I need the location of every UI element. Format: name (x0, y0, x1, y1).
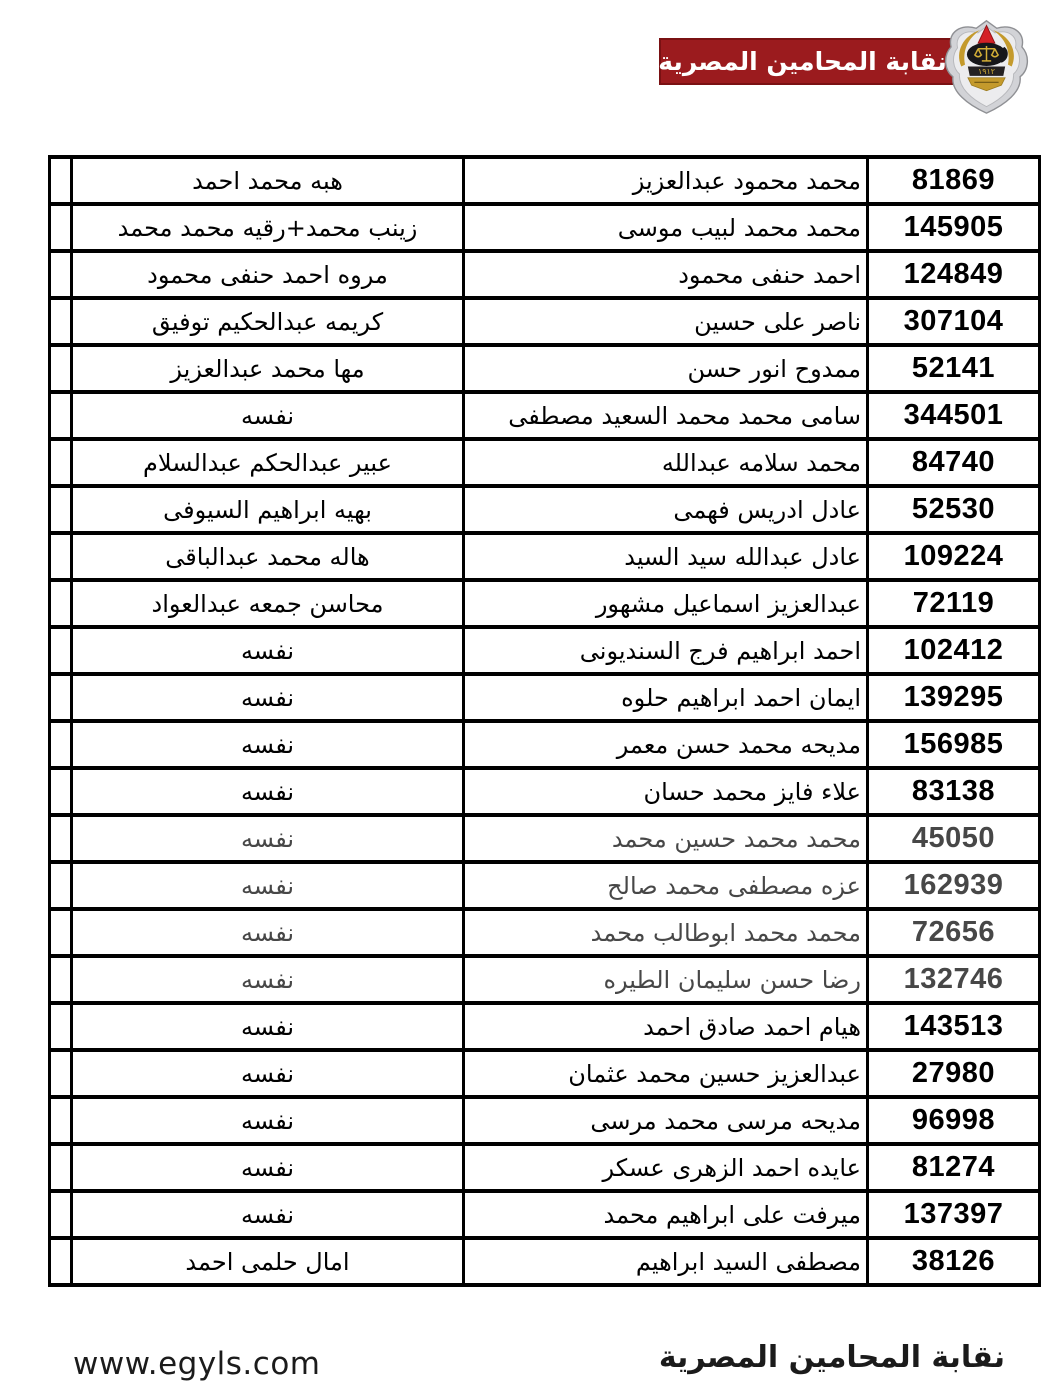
registration-number-cell: 132746 (868, 956, 1040, 1003)
registration-number-cell: 72656 (868, 909, 1040, 956)
lawyer-name-cell: عزه مصطفى محمد صالح (464, 862, 868, 909)
registration-number-cell: 109224 (868, 533, 1040, 580)
lawyers-table: هبه محمد احمد محمد محمود عبدالعزيز 81869… (48, 155, 1041, 1287)
lawyer-name-cell: عادل عبدالله سيد السيد (464, 533, 868, 580)
table-row: نفسه مديحه محمد حسن معمر 156985 (50, 721, 1040, 768)
delegate-name-cell: نفسه (72, 862, 464, 909)
lawyer-name-cell: محمد محمد لبيب موسى (464, 204, 868, 251)
delegate-name-cell: نفسه (72, 909, 464, 956)
delegate-name-cell: زينب محمد+رقيه محمد محمد (72, 204, 464, 251)
table-row: هاله محمد عبدالباقى عادل عبدالله سيد الس… (50, 533, 1040, 580)
lawyer-name-cell: ايمان احمد ابراهيم حلوه (464, 674, 868, 721)
delegate-name-cell: نفسه (72, 1191, 464, 1238)
lawyer-name-cell: علاء فايز محمد حسان (464, 768, 868, 815)
delegate-name-cell: نفسه (72, 1003, 464, 1050)
table-row: نفسه هيام احمد صادق احمد 143513 (50, 1003, 1040, 1050)
lawyer-name-cell: محمد محمود عبدالعزيز (464, 157, 868, 204)
delegate-name-cell: نفسه (72, 1050, 464, 1097)
registration-number-cell: 84740 (868, 439, 1040, 486)
table-row: مروه احمد حنفى محمود احمد حنفى محمود 124… (50, 251, 1040, 298)
table-row: امال حلمى احمد مصطفى السيد ابراهيم 38126 (50, 1238, 1040, 1285)
table-row: نفسه احمد ابراهيم فرج السنديونى 102412 (50, 627, 1040, 674)
lawyer-name-cell: هيام احمد صادق احمد (464, 1003, 868, 1050)
table-row: زينب محمد+رقيه محمد محمد محمد محمد لبيب … (50, 204, 1040, 251)
delegate-name-cell: بهيه ابراهيم السيوفى (72, 486, 464, 533)
spacer-cell (50, 1238, 72, 1285)
table-row: هبه محمد احمد محمد محمود عبدالعزيز 81869 (50, 157, 1040, 204)
lawyer-name-cell: محمد سلامه عبدالله (464, 439, 868, 486)
table-row: عبير عبدالحكم عبدالسلام محمد سلامه عبدال… (50, 439, 1040, 486)
delegate-name-cell: مروه احمد حنفى محمود (72, 251, 464, 298)
registration-number-cell: 81869 (868, 157, 1040, 204)
registration-number-cell: 102412 (868, 627, 1040, 674)
delegate-name-cell: محاسن جمعه عبدالعواد (72, 580, 464, 627)
spacer-cell (50, 533, 72, 580)
delegate-name-cell: نفسه (72, 815, 464, 862)
delegate-name-cell: نفسه (72, 956, 464, 1003)
delegate-name-cell: نفسه (72, 1097, 464, 1144)
registration-number-cell: 96998 (868, 1097, 1040, 1144)
table-row: بهيه ابراهيم السيوفى عادل ادريس فهمى 525… (50, 486, 1040, 533)
lawyer-name-cell: مصطفى السيد ابراهيم (464, 1238, 868, 1285)
delegate-name-cell: نفسه (72, 674, 464, 721)
delegate-name-cell: مها محمد عبدالعزيز (72, 345, 464, 392)
spacer-cell (50, 1191, 72, 1238)
spacer-cell (50, 1144, 72, 1191)
delegate-name-cell: كريمه عبدالحكيم توفيق (72, 298, 464, 345)
table-row: نفسه عبدالعزيز حسين محمد عثمان 27980 (50, 1050, 1040, 1097)
spacer-cell (50, 815, 72, 862)
registration-number-cell: 52530 (868, 486, 1040, 533)
registration-number-cell: 145905 (868, 204, 1040, 251)
bar-association-logo-icon: ١٩١٢ (938, 18, 1035, 115)
website-link[interactable]: www.egyls.com (73, 1346, 321, 1382)
lawyer-name-cell: عادل ادريس فهمى (464, 486, 868, 533)
document-page: نقابة المحامين المصرية ١٩١٢ هبه محمد احم… (0, 0, 1050, 1400)
footer-organization-title: نقابة المحامين المصرية (659, 1340, 1005, 1375)
lawyer-name-cell: سامى محمد محمد السعيد مصطفى (464, 392, 868, 439)
registration-number-cell: 27980 (868, 1050, 1040, 1097)
delegate-name-cell: نفسه (72, 768, 464, 815)
lawyer-name-cell: عايده احمد الزهرى عسكر (464, 1144, 868, 1191)
lawyer-name-cell: ناصر على حسين (464, 298, 868, 345)
spacer-cell (50, 580, 72, 627)
spacer-cell (50, 721, 72, 768)
delegate-name-cell: نفسه (72, 392, 464, 439)
delegate-name-cell: هبه محمد احمد (72, 157, 464, 204)
table-row: نفسه ميرفت على ابراهيم محمد 137397 (50, 1191, 1040, 1238)
delegate-name-cell: امال حلمى احمد (72, 1238, 464, 1285)
spacer-cell (50, 251, 72, 298)
table-row: نفسه علاء فايز محمد حسان 83138 (50, 768, 1040, 815)
spacer-cell (50, 157, 72, 204)
spacer-cell (50, 956, 72, 1003)
spacer-cell (50, 1050, 72, 1097)
delegate-name-cell: نفسه (72, 721, 464, 768)
spacer-cell (50, 674, 72, 721)
spacer-cell (50, 486, 72, 533)
lawyer-name-cell: احمد ابراهيم فرج السنديونى (464, 627, 868, 674)
spacer-cell (50, 392, 72, 439)
logo-year: ١٩١٢ (978, 67, 995, 76)
registration-number-cell: 72119 (868, 580, 1040, 627)
lawyer-name-cell: مديحه مرسى محمد مرسى (464, 1097, 868, 1144)
spacer-cell (50, 298, 72, 345)
lawyer-name-cell: ممدوح انور حسن (464, 345, 868, 392)
table-row: كريمه عبدالحكيم توفيق ناصر على حسين 3071… (50, 298, 1040, 345)
lawyer-name-cell: عبدالعزيز حسين محمد عثمان (464, 1050, 868, 1097)
registration-number-cell: 45050 (868, 815, 1040, 862)
table-row: نفسه محمد محمد ابوطالب محمد 72656 (50, 909, 1040, 956)
lawyers-table-wrapper: هبه محمد احمد محمد محمود عبدالعزيز 81869… (48, 155, 1005, 1287)
lawyer-name-cell: محمد محمد ابوطالب محمد (464, 909, 868, 956)
spacer-cell (50, 1097, 72, 1144)
table-row: نفسه مديحه مرسى محمد مرسى 96998 (50, 1097, 1040, 1144)
spacer-cell (50, 204, 72, 251)
registration-number-cell: 83138 (868, 768, 1040, 815)
table-row: نفسه عايده احمد الزهرى عسكر 81274 (50, 1144, 1040, 1191)
lawyer-name-cell: عبدالعزيز اسماعيل مشهور (464, 580, 868, 627)
registration-number-cell: 307104 (868, 298, 1040, 345)
table-row: مها محمد عبدالعزيز ممدوح انور حسن 52141 (50, 345, 1040, 392)
lawyer-name-cell: رضا حسن سليمان الطيره (464, 956, 868, 1003)
table-row: نفسه محمد محمد حسين محمد 45050 (50, 815, 1040, 862)
registration-number-cell: 162939 (868, 862, 1040, 909)
delegate-name-cell: عبير عبدالحكم عبدالسلام (72, 439, 464, 486)
spacer-cell (50, 1003, 72, 1050)
registration-number-cell: 137397 (868, 1191, 1040, 1238)
lawyer-name-cell: احمد حنفى محمود (464, 251, 868, 298)
spacer-cell (50, 439, 72, 486)
registration-number-cell: 81274 (868, 1144, 1040, 1191)
spacer-cell (50, 909, 72, 956)
registration-number-cell: 156985 (868, 721, 1040, 768)
lawyer-name-cell: ميرفت على ابراهيم محمد (464, 1191, 868, 1238)
table-row: نفسه ايمان احمد ابراهيم حلوه 139295 (50, 674, 1040, 721)
registration-number-cell: 124849 (868, 251, 1040, 298)
table-row: نفسه رضا حسن سليمان الطيره 132746 (50, 956, 1040, 1003)
spacer-cell (50, 627, 72, 674)
spacer-cell (50, 768, 72, 815)
registration-number-cell: 143513 (868, 1003, 1040, 1050)
table-row: نفسه عزه مصطفى محمد صالح 162939 (50, 862, 1040, 909)
lawyer-name-cell: مديحه محمد حسن معمر (464, 721, 868, 768)
registration-number-cell: 38126 (868, 1238, 1040, 1285)
registration-number-cell: 139295 (868, 674, 1040, 721)
delegate-name-cell: هاله محمد عبدالباقى (72, 533, 464, 580)
delegate-name-cell: نفسه (72, 1144, 464, 1191)
spacer-cell (50, 345, 72, 392)
table-row: محاسن جمعه عبدالعواد عبدالعزيز اسماعيل م… (50, 580, 1040, 627)
delegate-name-cell: نفسه (72, 627, 464, 674)
banner-title: نقابة المحامين المصرية (658, 49, 946, 74)
table-row: نفسه سامى محمد محمد السعيد مصطفى 344501 (50, 392, 1040, 439)
registration-number-cell: 52141 (868, 345, 1040, 392)
lawyer-name-cell: محمد محمد حسين محمد (464, 815, 868, 862)
registration-number-cell: 344501 (868, 392, 1040, 439)
spacer-cell (50, 862, 72, 909)
